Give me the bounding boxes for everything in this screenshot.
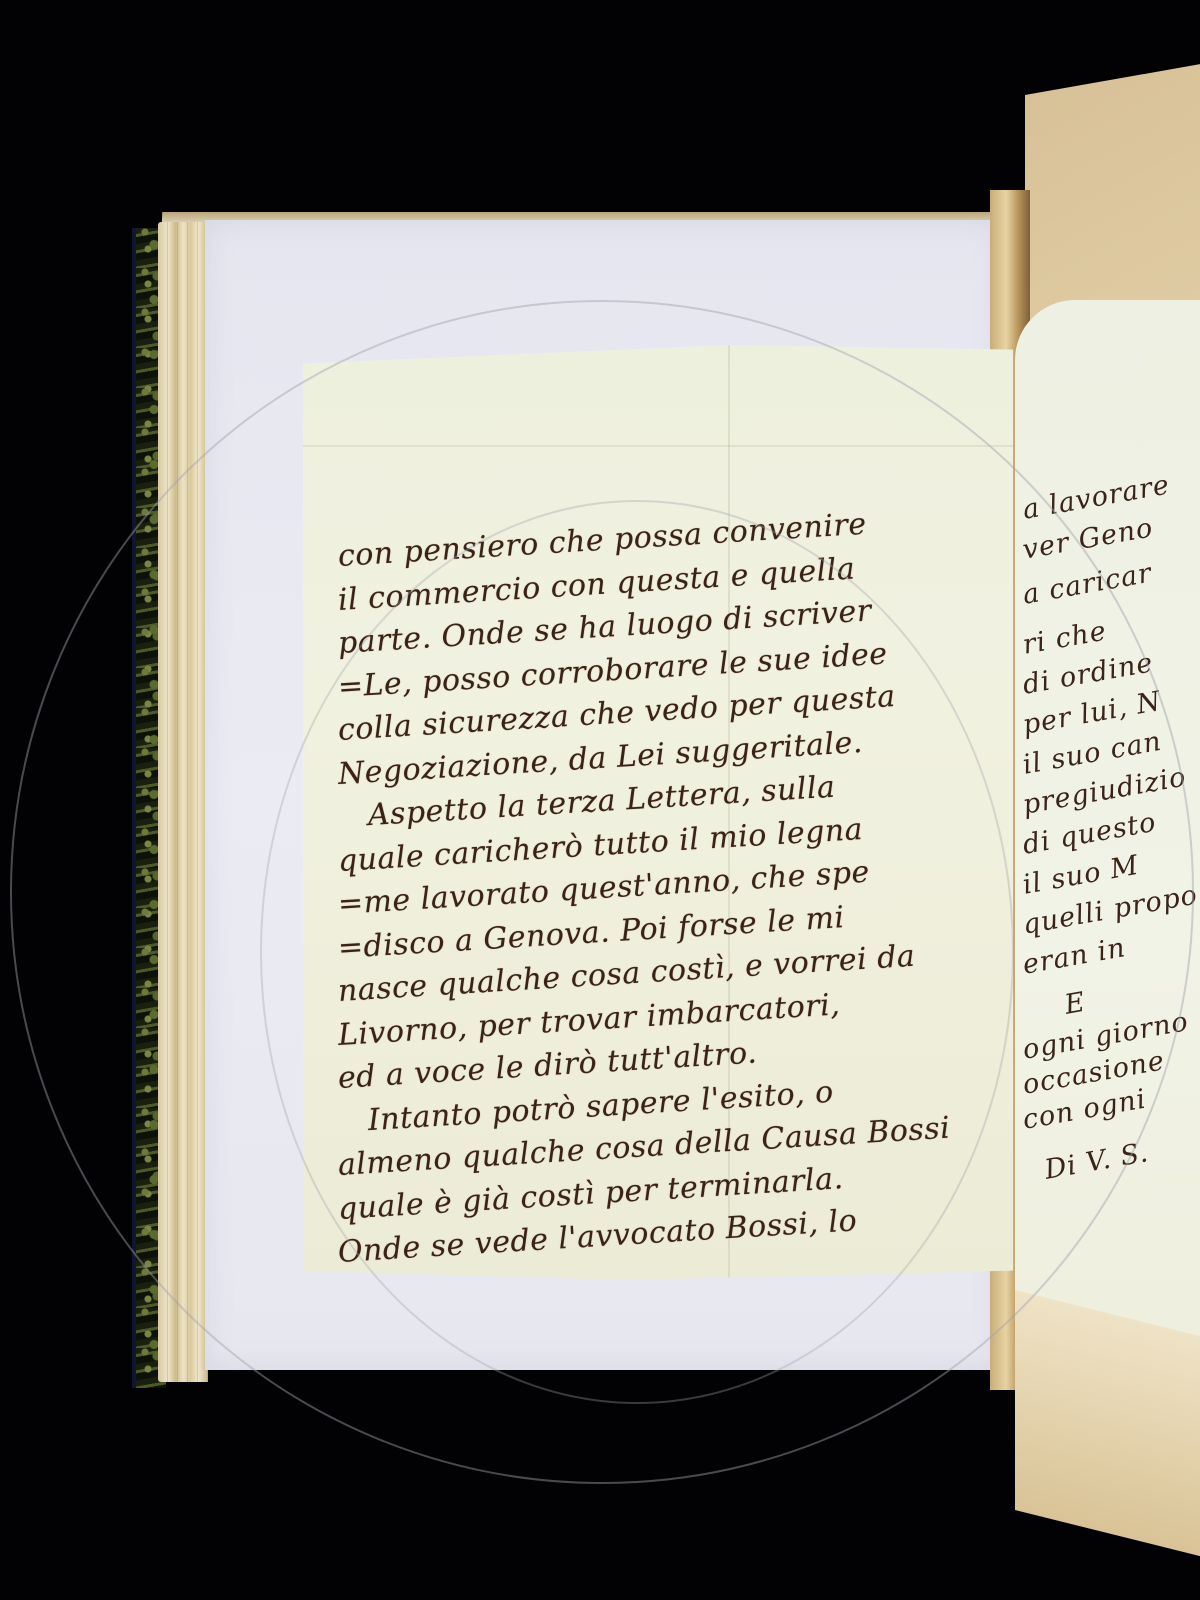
- facing-page: a lavorare ver Geno a caricar ri che di …: [1015, 300, 1200, 1390]
- facing-line: eran in: [1020, 932, 1128, 981]
- facing-line: a caricar: [1020, 558, 1154, 611]
- scanned-manuscript-scene: a lavorare ver Geno a caricar ri che di …: [0, 0, 1200, 1600]
- handwritten-letter-page: con pensiero che possa convenire il comm…: [303, 345, 1013, 1280]
- facing-line: E: [1062, 987, 1088, 1021]
- facing-line: Di V. S.: [1042, 1137, 1151, 1186]
- facing-page-bottom-leaf: [1015, 1290, 1200, 1560]
- page-stack-left-edge: [158, 222, 208, 1382]
- facing-line: ri che: [1020, 616, 1109, 661]
